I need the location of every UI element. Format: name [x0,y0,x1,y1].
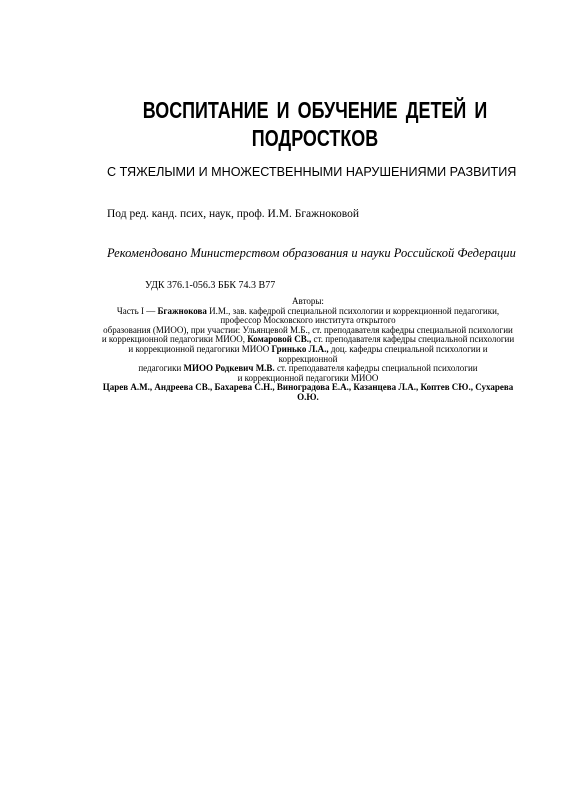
author-text: ст. преподавателя кафедры специальной пс… [275,363,478,373]
author-name: МИОО Родкевич М.В. [184,363,275,373]
title-line-1: ВОСПИТАНИЕ И ОБУЧЕНИЕ ДЕТЕЙ И [132,96,499,124]
author-name: Комаровой СВ., [247,334,311,344]
classification-codes: УДК 376.1-056.3 ББК 74.3 В77 [145,280,275,291]
author-text: и коррекционной педагогики МИОО [238,373,379,383]
author-name: О.Ю. [297,392,319,402]
recommendation-note: Рекомендовано Министерством образования … [107,246,516,261]
authors-list: Часть I — Бгажнокова И.М., зав. кафедрой… [100,307,516,403]
author-text: коррекционной [279,354,338,364]
document-page: ВОСПИТАНИЕ И ОБУЧЕНИЕ ДЕТЕЙ И ПОДРОСТКОВ… [0,0,566,800]
author-text: ст. преподавателя кафедры специальной пс… [311,334,514,344]
author-text: И.М., зав. кафедрой специальной психолог… [207,306,499,316]
author-text: педагогики [138,363,183,373]
author-text: и коррекционной педагогики МИОО [128,344,271,354]
author-text: и коррекционной педагогики МИОО, [102,334,247,344]
authors-block: Авторы: Часть I — Бгажнокова И.М., зав. … [100,297,516,403]
author-name: Бгажнокова [157,306,206,316]
editor-credit: Под ред. канд. псих, наук, проф. И.М. Бг… [107,208,359,220]
author-name: Царев А.М., Андреева СВ., Бахарева С.Н.,… [103,382,513,392]
author-text: образования (МИОО), при участии: Ульянце… [103,325,513,335]
title-line-2: ПОДРОСТКОВ [132,124,499,152]
author-text: профессор Московского института открытог… [220,315,395,325]
author-text: доц. кафедры специальной психологии и [329,344,488,354]
author-name: Гринько Л.А., [272,344,329,354]
book-title: ВОСПИТАНИЕ И ОБУЧЕНИЕ ДЕТЕЙ И ПОДРОСТКОВ [80,96,550,152]
book-subtitle: С ТЯЖЕЛЫМИ И МНОЖЕСТВЕННЫМИ НАРУШЕНИЯМИ … [107,165,516,179]
author-text: Часть I — [117,306,158,316]
author-line: О.Ю. [100,393,516,403]
